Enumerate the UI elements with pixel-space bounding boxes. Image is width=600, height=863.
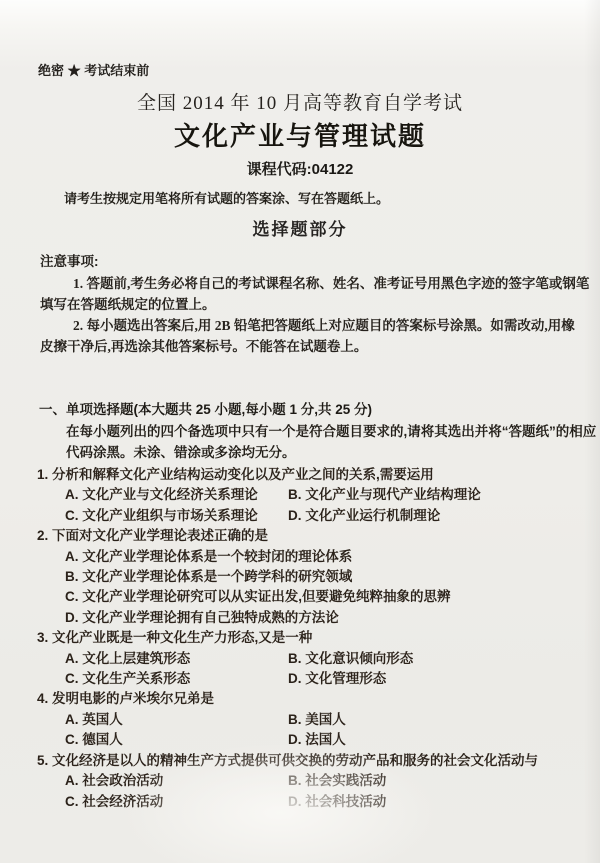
section-single-choice: 一、单项选择题(本大题共 25 小题,每小题 1 分,共 25 分) 在每小题列…: [39, 399, 590, 464]
question-2: 2. 下面对文化产业学理论表述正确的是 A. 文化产业学理论体系是一个较封闭的理…: [37, 526, 592, 628]
option-b: B. 文化产业与现代产业结构理论: [288, 485, 592, 505]
page-title: 文化产业与管理试题: [0, 116, 600, 153]
section-heading: 一、单项选择题(本大题共 25 小题,每小题 1 分,共 25 分): [39, 399, 590, 421]
notes-block: 注意事项: 1. 答题前,考生务必将自己的考试课程名称、姓名、准考证号用黑色字迹…: [40, 250, 586, 357]
question-5: 5. 文化经济是以人的精神生产方式提供可供交换的劳动产品和服务的社会文化活动与 …: [37, 751, 592, 812]
exam-session-title: 全国 2014 年 10 月高等教育自学考试: [0, 88, 600, 115]
option-a: A. 文化产业学理论体系是一个较封闭的理论体系: [65, 547, 592, 567]
question-stem: 2. 下面对文化产业学理论表述正确的是: [37, 526, 592, 546]
option-a: A. 文化产业与文化经济关系理论: [65, 485, 288, 505]
option-d: D. 文化管理形态: [288, 669, 592, 689]
course-code: 课程代码:04122: [0, 158, 600, 179]
notes-heading: 注意事项:: [40, 250, 586, 273]
question-options: A. 文化产业学理论体系是一个较封闭的理论体系 B. 文化产业学理论体系是一个跨…: [37, 547, 592, 629]
option-b: B. 文化意识倾向形态: [288, 649, 592, 669]
option-d: D. 文化产业学理论拥有自己独特成熟的方法论: [65, 608, 592, 628]
option-c: C. 德国人: [65, 730, 288, 750]
question-stem: 3. 文化产业既是一种文化生产力形态,又是一种: [37, 628, 592, 648]
section-subheading-line-2: 代码涂黑。未涂、错涂或多涂均无分。: [39, 442, 590, 464]
option-d: D. 文化产业运行机制理论: [288, 506, 592, 526]
option-d: D. 社会科技活动: [288, 792, 592, 812]
option-b: B. 美国人: [288, 710, 592, 730]
option-c: C. 文化产业组织与市场关系理论: [65, 506, 288, 526]
option-a: A. 文化上层建筑形态: [65, 649, 288, 669]
exam-paper-page: 绝密 ★ 考试结束前 全国 2014 年 10 月高等教育自学考试 文化产业与管…: [0, 0, 600, 863]
question-4: 4. 发明电影的卢米埃尔兄弟是 A. 英国人 B. 美国人 C. 德国人 D. …: [37, 689, 592, 750]
option-c: C. 社会经济活动: [65, 792, 288, 812]
question-options: A. 文化产业与文化经济关系理论 B. 文化产业与现代产业结构理论 C. 文化产…: [37, 485, 592, 526]
question-stem: 5. 文化经济是以人的精神生产方式提供可供交换的劳动产品和服务的社会文化活动与: [37, 751, 592, 771]
question-stem: 4. 发明电影的卢米埃尔兄弟是: [37, 689, 592, 709]
note-2-line-2: 皮擦干净后,再选涂其他答案标号。不能答在试题卷上。: [40, 336, 586, 357]
question-options: A. 英国人 B. 美国人 C. 德国人 D. 法国人: [37, 710, 592, 751]
answer-instruction: 请考生按规定用笔将所有试题的答案涂、写在答题纸上。: [64, 188, 389, 207]
option-c: C. 文化产业学理论研究可以从实证出发,但要避免纯粹抽象的思辨: [65, 587, 592, 607]
classification-label: 绝密 ★ 考试结束前: [38, 60, 149, 79]
part-heading: 选择题部分: [0, 215, 600, 240]
option-a: A. 英国人: [65, 710, 288, 730]
note-1-line-1: 1. 答题前,考生务必将自己的考试课程名称、姓名、准考证号用黑色字迹的签字笔或钢…: [40, 273, 586, 294]
option-b: B. 文化产业学理论体系是一个跨学科的研究领域: [65, 567, 592, 587]
note-2-line-1: 2. 每小题选出答案后,用 2B 铅笔把答题纸上对应题目的答案标号涂黑。如需改动…: [40, 315, 586, 336]
question-3: 3. 文化产业既是一种文化生产力形态,又是一种 A. 文化上层建筑形态 B. 文…: [37, 628, 592, 689]
section-subheading-line-1: 在每小题列出的四个备选项中只有一个是符合题目要求的,请将其选出并将“答题纸”的相…: [39, 421, 590, 443]
question-options: A. 文化上层建筑形态 B. 文化意识倾向形态 C. 文化生产关系形态 D. 文…: [37, 649, 592, 690]
option-a: A. 社会政治活动: [65, 771, 288, 791]
note-1-line-2: 填写在答题纸规定的位置上。: [40, 294, 586, 315]
option-c: C. 文化生产关系形态: [65, 669, 288, 689]
option-b: B. 社会实践活动: [288, 771, 592, 791]
question-1: 1. 分析和解释文化产业结构运动变化以及产业之间的关系,需要运用 A. 文化产业…: [37, 465, 592, 526]
question-options: A. 社会政治活动 B. 社会实践活动 C. 社会经济活动 D. 社会科技活动: [37, 771, 592, 812]
option-d: D. 法国人: [288, 730, 592, 750]
question-stem: 1. 分析和解释文化产业结构运动变化以及产业之间的关系,需要运用: [37, 465, 592, 485]
question-list: 1. 分析和解释文化产业结构运动变化以及产业之间的关系,需要运用 A. 文化产业…: [37, 465, 592, 812]
